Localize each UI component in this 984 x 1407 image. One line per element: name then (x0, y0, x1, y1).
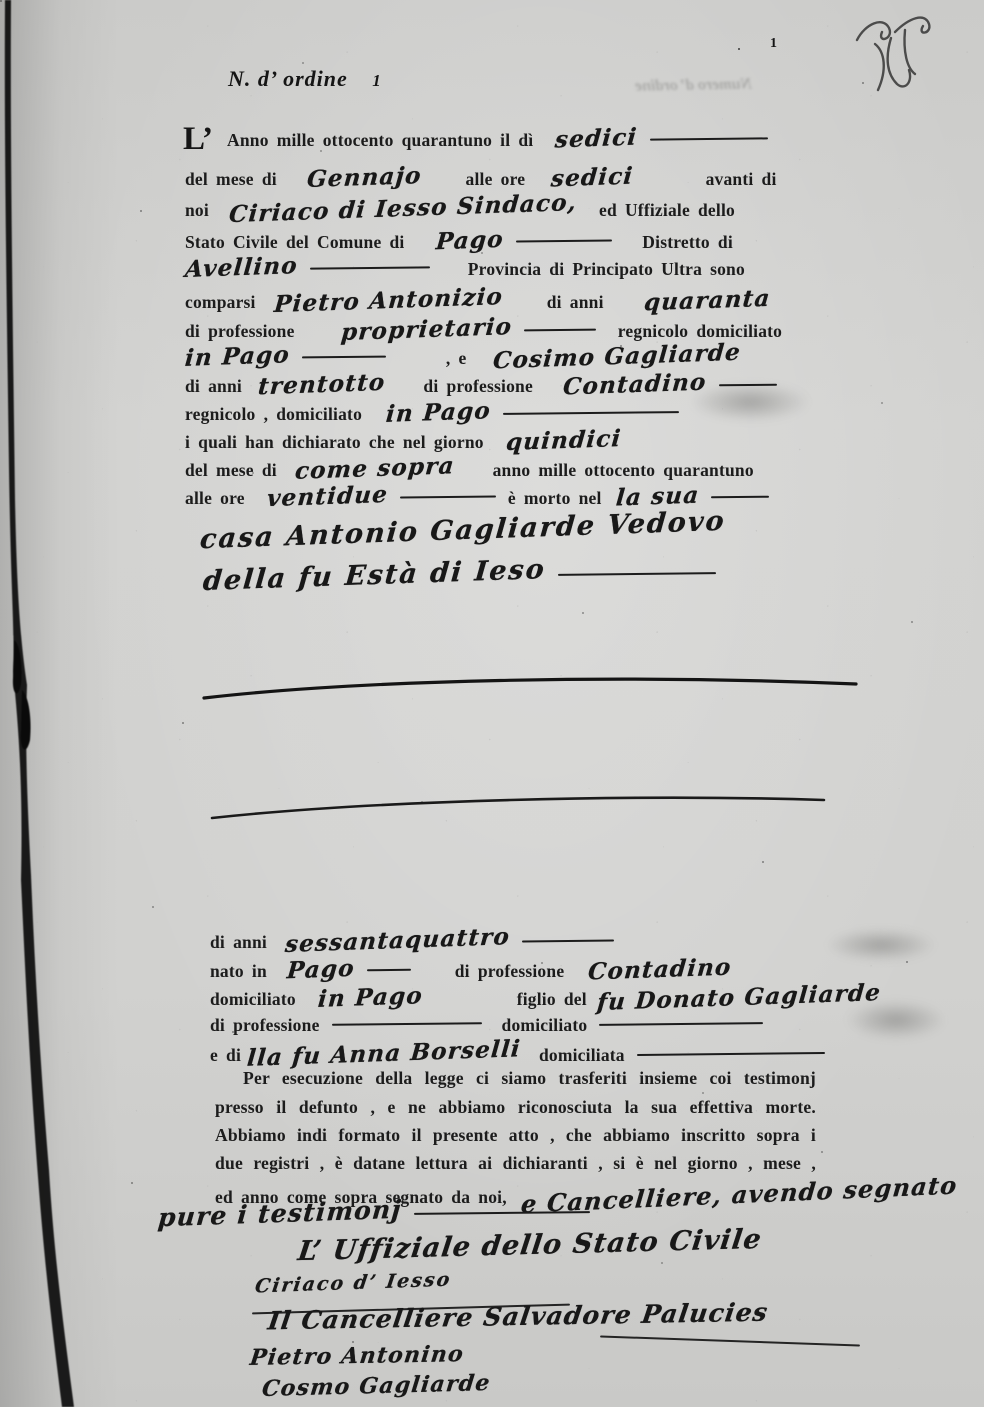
closing-paragraph-line: Per esecuzione della legge ci siamo tras… (215, 1068, 816, 1089)
printed-label: Stato Civile del Comune di (185, 232, 404, 252)
printed-label: di professione (210, 1015, 320, 1035)
record-line-declarant1: comparsi Pietro Antonizio di anni quaran… (185, 288, 770, 314)
record-line-comune: Stato Civile del Comune di Pago Distrett… (185, 228, 733, 254)
printed-label: nato in (210, 961, 267, 981)
signature-chancellor: Il Cancelliere Salvadore Palucies (268, 1303, 768, 1332)
printed-label: Distretto di (642, 232, 733, 252)
strike-line (200, 668, 860, 708)
fill-line (650, 137, 768, 141)
record-line-deceased-birthplace: nato in Pago di professione Contadino (210, 957, 732, 983)
record-line-declaration-day: i quali han dichiarato che nel giorno qu… (185, 428, 621, 454)
printed-label: di anni (210, 932, 267, 952)
printed-label: regnicolo domiciliato (618, 321, 782, 341)
printed-label: , e (446, 348, 467, 368)
signature-witness2: Cosmo Gagliarde (262, 1374, 491, 1399)
strike-line (208, 786, 828, 826)
drop-cap: L’ (183, 121, 213, 157)
handwritten-domicile: in Pago (317, 983, 424, 1013)
printed-label: regnicolo , domiciliato (185, 404, 362, 424)
fill-line (503, 411, 679, 415)
handwritten-comune: Pago (435, 227, 505, 256)
order-label: N. d’ ordine (228, 66, 348, 91)
printed-label: Anno mille ottocento quarantuno il dì (227, 130, 533, 150)
fill-line (310, 266, 430, 270)
order-number: 1 (372, 71, 382, 90)
handwritten-day: sedici (554, 125, 639, 154)
binding-edge (0, 0, 110, 1407)
printed-label: anno mille ottocento quarantuno (493, 460, 754, 480)
archival-mark-flourish (835, 2, 955, 92)
handwritten-witness2-signature: Cosmo Gagliarde (261, 1371, 492, 1402)
closing-line-witnesses-signed: pure i testimonj (158, 1200, 598, 1229)
printed-label: di professione (185, 321, 295, 341)
printed-label: del mese di (185, 460, 277, 480)
record-line-deceased-age: di anni sessantaquattro (210, 928, 622, 954)
record-line-distretto: Avellino Provincia di Principato Ultra s… (185, 255, 745, 281)
handwritten-deceased-age: sessantaquattro (284, 924, 511, 958)
closing-paragraph-line: due registri , è datane lettura ai dichi… (215, 1153, 816, 1174)
printed-label: è morto nel (508, 488, 602, 508)
handwritten-mother-name: lla fu Anna Borselli (246, 1036, 522, 1072)
record-line-deceased-widower: della fu Està di Ieso (203, 560, 724, 591)
printed-label: alle ore (466, 169, 526, 189)
closing-paragraph-line: presso il defunto , e ne abbiamo riconos… (215, 1097, 816, 1118)
handwritten-death-hour: ventidue (266, 482, 389, 513)
printed-label: figlio del (517, 989, 587, 1009)
handwritten-addition: pure i testimonj (157, 1196, 403, 1233)
printed-label: del mese di (185, 169, 277, 189)
fill-line (302, 355, 386, 358)
record-line-declarant2-age: di anni trentotto di professione Contadi… (185, 372, 785, 398)
fill-line (367, 968, 411, 971)
fill-line (332, 1022, 482, 1026)
handwritten-deceased-name: casa Antonio Gagliarde Vedovo (199, 506, 727, 556)
printed-label: domiciliato (210, 989, 296, 1009)
printed-label: di professione (423, 376, 533, 396)
printed-label: noi (185, 200, 209, 220)
handwritten-declarant2-profession: Contadino (562, 369, 708, 401)
fill-line (516, 239, 612, 242)
page-number: 1 (770, 36, 777, 52)
order-number-line: N. d’ ordine 1 (228, 66, 382, 92)
signature-official-name: Ciriaco d’ Iesso (255, 1273, 451, 1295)
signature-witness1: Pietro Antonino (250, 1344, 464, 1369)
printed-label: Provincia di Principato Ultra sono (468, 259, 745, 279)
fill-line (522, 939, 614, 942)
record-line-father-profession: di professione domiciliato (210, 1015, 771, 1036)
printed-label: domiciliata (539, 1045, 625, 1065)
handwritten-profession: proprietario (339, 314, 512, 347)
handwritten-death-day: quindici (505, 426, 623, 457)
printed-label: comparsi (185, 292, 256, 312)
record-line-deceased: casa Antonio Gagliarde Vedovo (200, 515, 726, 546)
printed-label: di professione (455, 961, 565, 981)
fill-line (719, 383, 777, 386)
handwritten-official-name: Ciriaco di Iesso Sindaco, (228, 190, 578, 229)
fill-line (637, 1052, 825, 1056)
handwritten-official-title: L’ Uffiziale dello Stato Civile (296, 1224, 764, 1267)
printed-label: domiciliato (502, 1015, 588, 1035)
fill-line (599, 1022, 763, 1026)
printed-label: alle ore (185, 488, 245, 508)
printed-label: i quali han dichiarato che nel giorno (185, 432, 484, 452)
handwritten-declarant1-name: Pietro Antonizio (273, 284, 504, 319)
printed-label: di anni (547, 292, 604, 312)
handwritten-official-signature: Ciriaco d’ Iesso (254, 1270, 453, 1299)
death-record-scan: Numero d’ ordine 1 N. d’ ordine 1 L’Anno… (0, 0, 984, 1407)
handwritten-domicile: in Pago (184, 342, 291, 372)
record-line-official: noi Ciriaco di Iesso Sindaco, ed Uffizia… (185, 196, 735, 222)
record-line-mother: e di lla fu Anna Borselli domiciliata (210, 1041, 833, 1067)
record-line-declaration-month: del mese di come sopra anno mille ottoce… (185, 456, 754, 482)
printed-label: di anni (185, 376, 242, 396)
record-line-month-hour: del mese di Gennajo alle ore sedici avan… (185, 165, 777, 191)
bleedthrough-smudge (826, 928, 936, 962)
printed-label: e di (210, 1045, 241, 1065)
printed-label: avanti di (706, 169, 777, 189)
handwritten-declarant1-age: quaranta (643, 286, 772, 317)
handwritten-birthplace: Pago (286, 956, 356, 985)
record-line-declarant2: in Pago , e Cosimo Gagliarde (185, 344, 741, 370)
handwritten-father-name: fu Donato Gagliarde (596, 980, 882, 1016)
closing-paragraph-line: Abbiamo indi formato il presente atto , … (215, 1125, 816, 1146)
signature-flourish (600, 1335, 860, 1346)
handwritten-domicile: in Pago (385, 398, 492, 428)
printed-label: ed Uffiziale dello (599, 200, 735, 220)
record-line-declarant2-domicile: regnicolo , domiciliato in Pago (185, 400, 687, 426)
handwritten-distretto: Avellino (184, 253, 299, 283)
record-line-year-day: L’Anno mille ottocento quarantuno il dì … (183, 121, 776, 159)
record-line-deceased-domicile: domiciliato in Pago figlio del fu Donato… (210, 985, 881, 1011)
handwritten-deceased-profession: Contadino (587, 954, 733, 986)
fill-line (558, 572, 716, 576)
fill-line (414, 1211, 590, 1215)
fill-line (524, 328, 596, 331)
fill-line (711, 495, 769, 498)
handwritten-declarant2-age: trentotto (257, 370, 387, 401)
handwritten-chancellor-signature: Il Cancelliere Salvadore Palucies (266, 1299, 770, 1337)
handwritten-widower-of: della fu Està di Ieso (202, 554, 547, 597)
handwritten-month: Gennajo (306, 163, 423, 194)
signature-official-title: L’ Uffiziale dello Stato Civile (298, 1230, 762, 1261)
bleedthrough-text: Numero d’ ordine (482, 76, 752, 99)
handwritten-witness1-signature: Pietro Antonino (248, 1342, 465, 1371)
fill-line (400, 495, 496, 498)
